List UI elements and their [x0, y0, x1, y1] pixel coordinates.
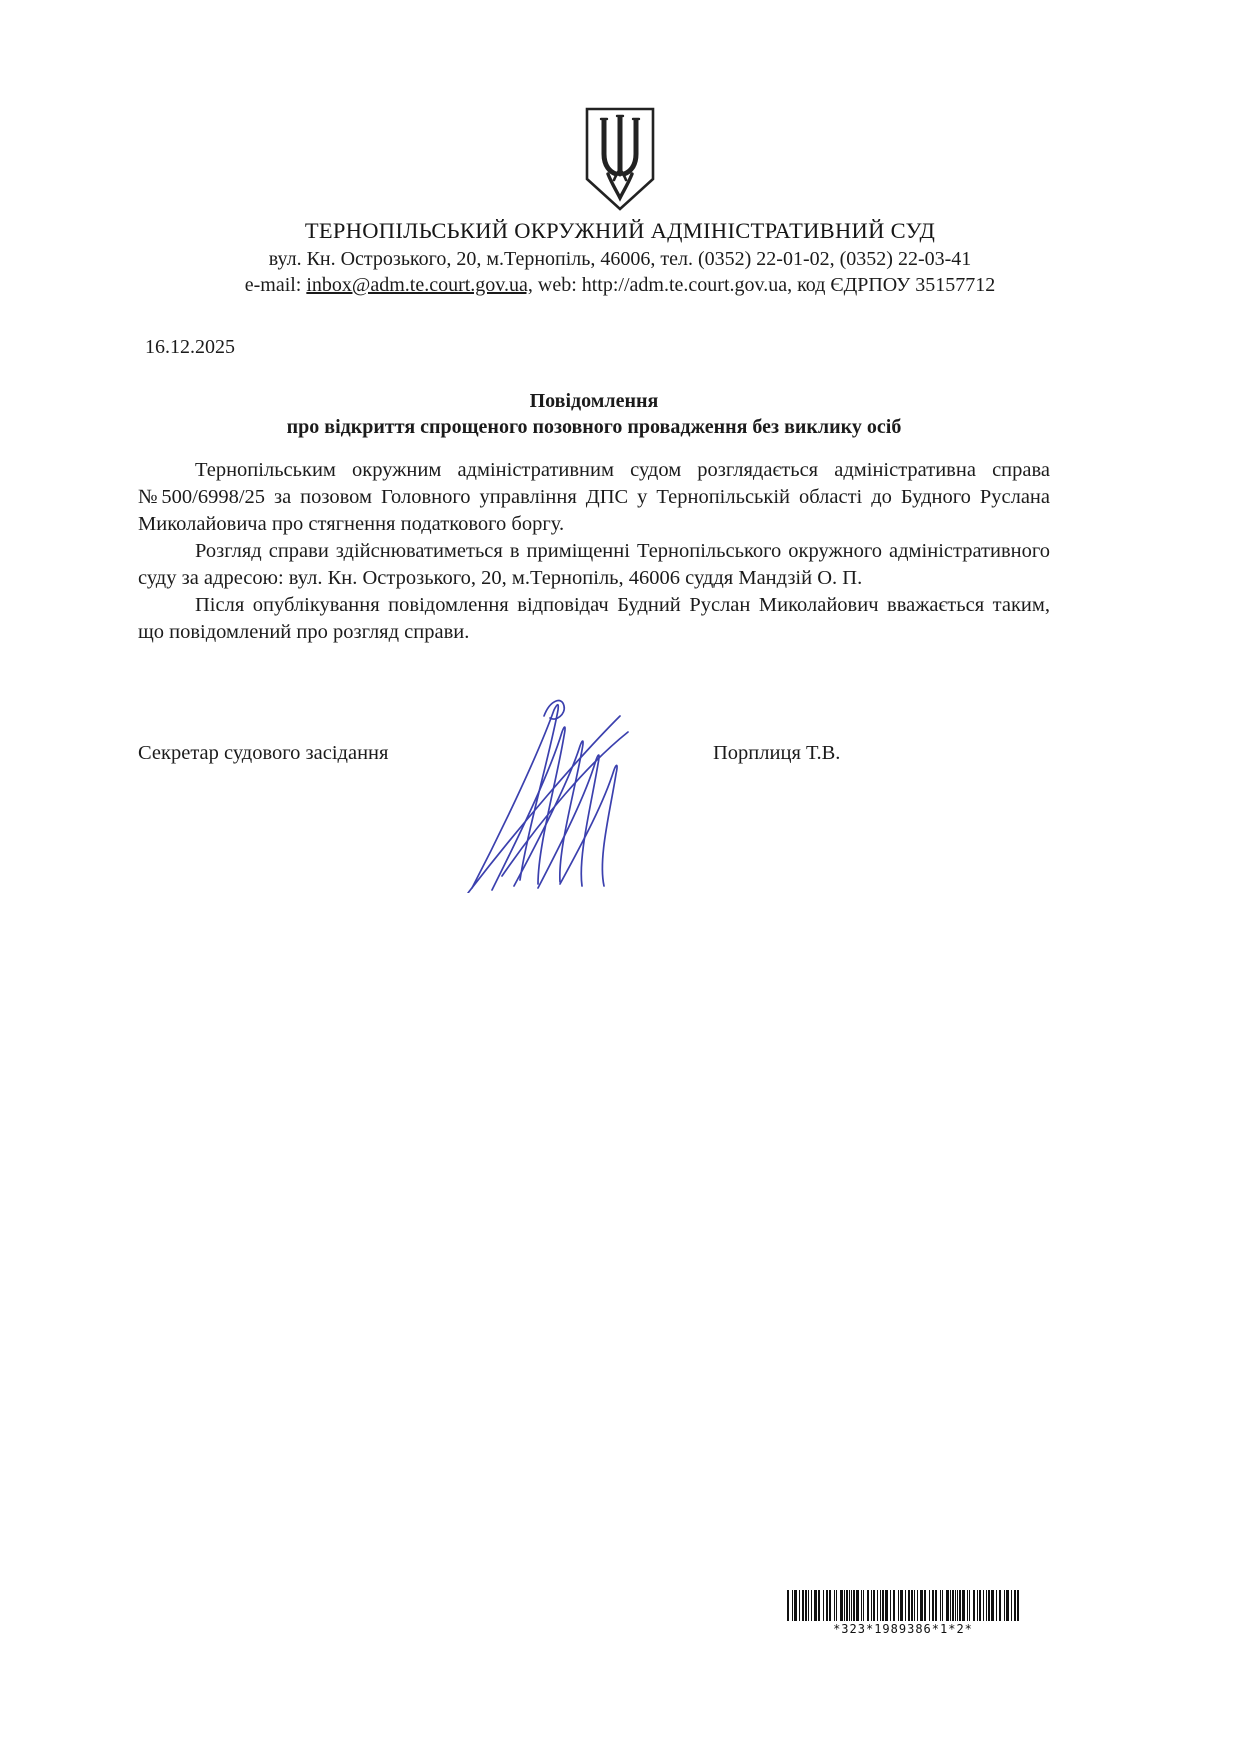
- ukraine-trident-icon: [584, 106, 656, 212]
- paragraph-notification-effect: Після опублікування повідомлення відпові…: [138, 592, 1050, 646]
- barcode: *323*1989386*1*2*: [757, 1590, 1049, 1636]
- court-address-phone: вул. Кн. Острозького, 20, м.Тернопіль, 4…: [0, 248, 1240, 271]
- document-subtitle: про відкриття спрощеного позовного прова…: [138, 414, 1050, 440]
- paragraph-hearing-location: Розгляд справи здійснюватиметься в примі…: [138, 538, 1050, 592]
- court-contacts: e-mail: inbox@adm.te.court.gov.ua, web: …: [0, 274, 1240, 297]
- barcode-text: *323*1989386*1*2*: [757, 1622, 1049, 1636]
- barcode-bars: [757, 1590, 1049, 1621]
- signatory-name: Порплиця Т.В.: [713, 742, 840, 765]
- web-and-code: web: http://adm.te.court.gov.ua, код ЄДР…: [533, 274, 995, 296]
- paragraph-case-info: Тернопільським окружним адміністративним…: [138, 457, 1050, 538]
- document-title: Повідомлення: [138, 388, 1050, 414]
- document-title-block: Повідомлення про відкриття спрощеного по…: [138, 388, 1050, 440]
- document-body: Тернопільським окружним адміністративним…: [138, 457, 1050, 646]
- email-label: e-mail:: [245, 274, 307, 296]
- signatory-role: Секретар судового засідання: [138, 742, 388, 765]
- document-date: 16.12.2025: [145, 336, 235, 359]
- email-link[interactable]: inbox@adm.te.court.gov.ua,: [306, 274, 533, 296]
- scanned-court-notice-page: ТЕРНОПІЛЬСЬКИЙ ОКРУЖНИЙ АДМІНІСТРАТИВНИЙ…: [0, 0, 1240, 1754]
- letterhead: ТЕРНОПІЛЬСЬКИЙ ОКРУЖНИЙ АДМІНІСТРАТИВНИЙ…: [0, 106, 1240, 297]
- court-name: ТЕРНОПІЛЬСЬКИЙ ОКРУЖНИЙ АДМІНІСТРАТИВНИЙ…: [0, 218, 1240, 244]
- handwritten-signature: [458, 688, 673, 893]
